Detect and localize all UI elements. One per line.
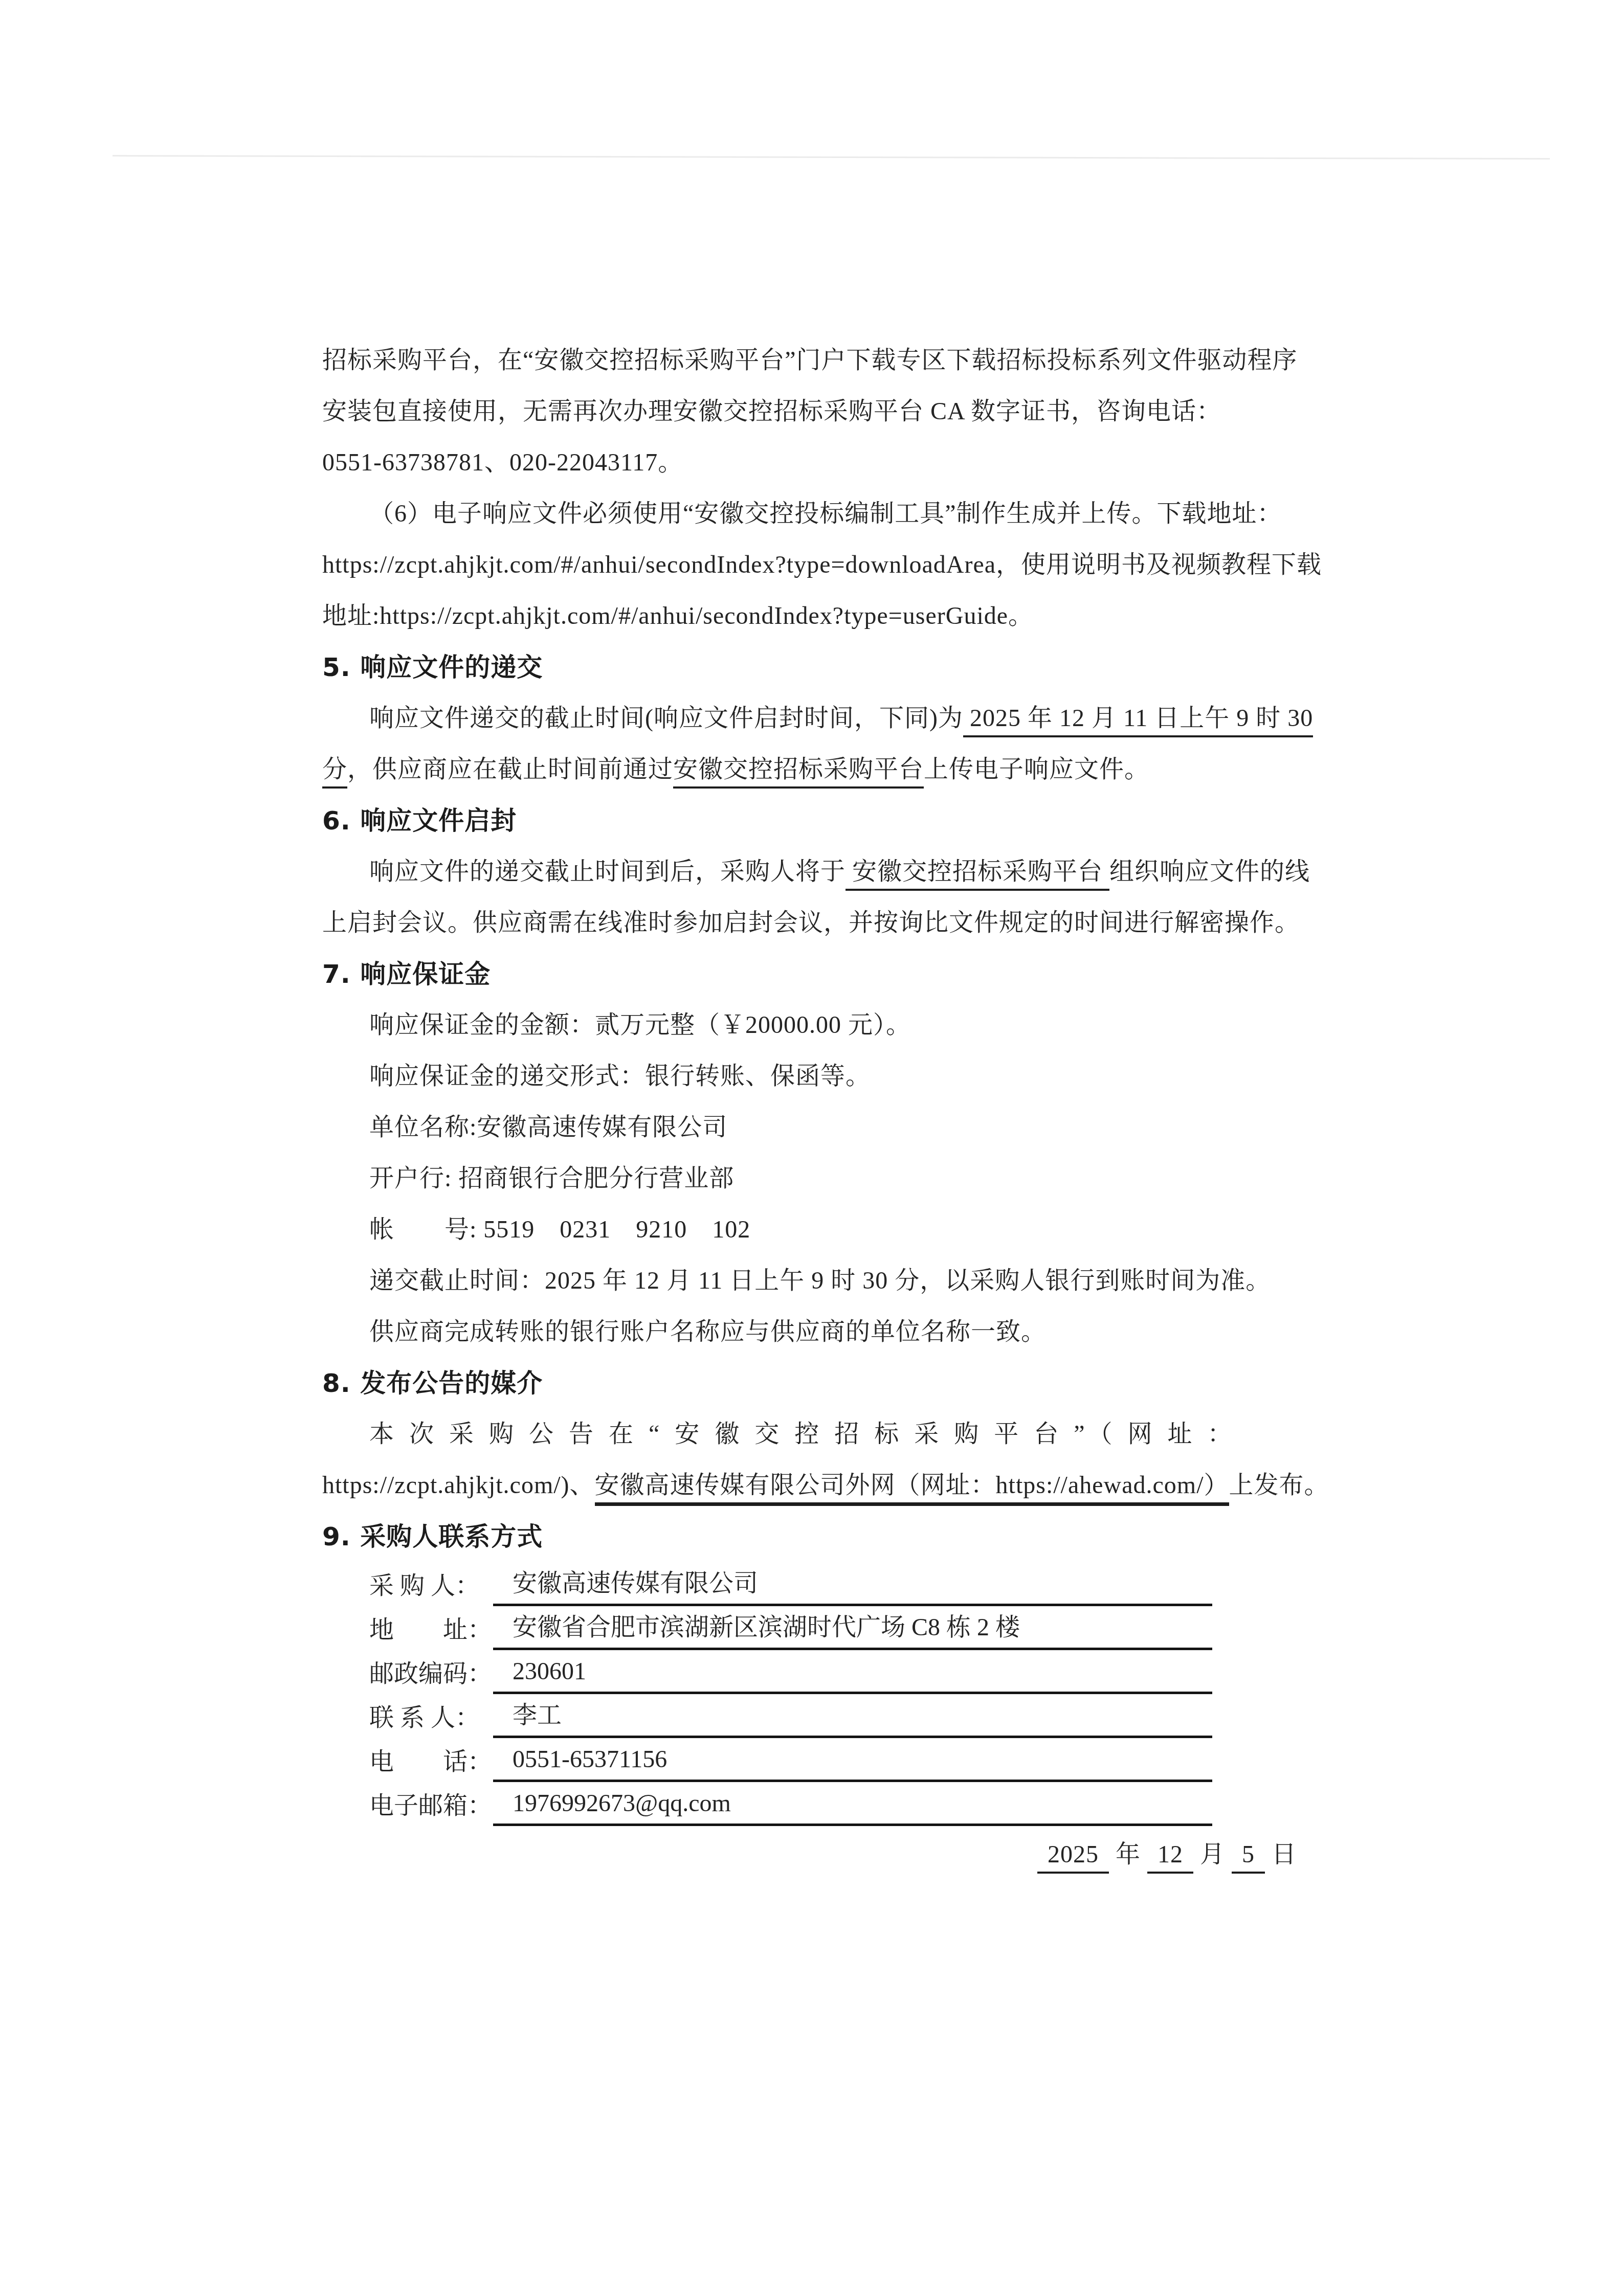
contact-row-postal-code: 邮政编码：230601 [322,1650,1302,1694]
scan-artifact-line [113,155,1550,160]
contact-row-address-value: 安徽省合肥市滨湖新区滨湖时代广场 C8 栋 2 楼 [493,1608,1212,1650]
underlined-text: 安徽交控招标采购平台 [673,756,924,789]
text-span: 6. 响应文件启封 [322,806,517,836]
contact-row-phone-label: 电 话： [369,1742,493,1782]
text-span: 9. 采购人联系方式 [322,1522,543,1551]
para5-continuation-line-3: 0551-63738781、020-22043117。 [322,437,1302,488]
underlined-text: 5 [1232,1841,1265,1874]
contact-row-email-label: 电子邮箱： [369,1786,493,1826]
para6-line-1: （6）电子响应文件必须使用“安徽交控投标编制工具”制作生成并上传。下载地址： [322,488,1302,539]
text-span: 上传电子响应文件。 [924,756,1149,783]
text-span: 月 [1193,1841,1232,1868]
text-span: 8. 发布公告的媒介 [322,1368,543,1398]
date-line: 2025 年 12 月 5 日 [322,1829,1302,1880]
text-span: 上发布。 [1229,1472,1329,1499]
account-match-note-line: 供应商完成转账的银行账户名称应与供应商的单位名称一致。 [322,1307,1302,1358]
contact-row-contact-person: 联 系 人：李工 [322,1694,1302,1738]
text-span: 响应文件的递交截止时间到后，采购人将于 [369,858,846,885]
underlined-text: 12 [1147,1841,1193,1874]
text-span: 开户行: 招商银行合肥分行营业部 [369,1165,734,1192]
para5-continuation-line-2: 安装包直接使用，无需再次办理安徽交控招标采购平台 CA 数字证书，咨询电话： [322,386,1302,437]
text-span: ，供应商应在截止时间前通过 [347,756,673,783]
contact-row-purchaser-value: 安徽高速传媒有限公司 [493,1564,1212,1606]
contact-row-purchaser-label: 采 购 人： [369,1566,493,1606]
deposit-amount-line: 响应保证金的金额：贰万元整（￥20000.00 元）。 [322,1000,1302,1051]
section5-line-2: 分，供应商应在截止时间前通过安徽交控招标采购平台上传电子响应文件。 [322,744,1302,795]
document-content: 招标采购平台，在“安徽交控招标采购平台”门户下载专区下载招标投标系列文件驱动程序… [322,335,1302,1880]
text-span: 日 [1265,1841,1297,1868]
deposit-form-line: 响应保证金的递交形式：银行转账、保函等。 [322,1051,1302,1102]
contact-row-postal-code-value: 230601 [493,1652,1212,1694]
text-span: https://zcpt.ahjkjt.com/)、 [322,1472,595,1499]
section-heading-9: 9. 采购人联系方式 [322,1511,1302,1562]
underlined-text: 2025 年 12 月 11 日上午 9 时 30 [963,705,1313,737]
text-span: （6）电子响应文件必须使用“安徽交控投标编制工具”制作生成并上传。下载地址： [369,500,1282,527]
text-span: 供应商完成转账的银行账户名称应与供应商的单位名称一致。 [369,1318,1046,1345]
contact-row-purchaser: 采 购 人：安徽高速传媒有限公司 [322,1562,1302,1606]
text-span: 组织响应文件的线 [1109,858,1310,885]
contact-row-phone: 电 话：0551-65371156 [322,1738,1302,1782]
contact-row-postal-code-label: 邮政编码： [369,1654,493,1694]
text-span: 上启封会议。供应商需在线准时参加启封会议，并按询比文件规定的时间进行解密操作。 [322,909,1300,936]
section6-line-1: 响应文件的递交截止时间到后，采购人将于 安徽交控招标采购平台 组织响应文件的线 [322,846,1302,897]
text-span: 0551-63738781、020-22043117。 [322,449,683,476]
text-span: 响应文件递交的截止时间(响应文件启封时间，下同)为 [369,705,963,732]
section-heading-7: 7. 响应保证金 [322,949,1302,1000]
section-heading-8: 8. 发布公告的媒介 [322,1358,1302,1409]
contact-row-address-label: 地 址： [369,1610,493,1650]
section6-line-2: 上启封会议。供应商需在线准时参加启封会议，并按询比文件规定的时间进行解密操作。 [322,897,1302,949]
underlined-text: 分 [322,756,347,789]
contact-row-email: 电子邮箱：1976992673@qq.com [322,1782,1302,1826]
text-span: 安装包直接使用，无需再次办理安徽交控招标采购平台 CA 数字证书，咨询电话： [322,398,1221,425]
text-span: 单位名称:安徽高速传媒有限公司 [369,1114,727,1141]
unit-name-line: 单位名称:安徽高速传媒有限公司 [322,1102,1302,1153]
text-span: 帐 号: 5519 0231 9210 102 [369,1216,750,1243]
text-span: 地址:https://zcpt.ahjkjt.com/#/anhui/secon… [322,602,1033,629]
para6-line-3: 地址:https://zcpt.ahjkjt.com/#/anhui/secon… [322,591,1302,642]
underlined-text: 安徽交控招标采购平台 [846,858,1109,891]
bank-name-line: 开户行: 招商银行合肥分行营业部 [322,1153,1302,1204]
text-span: 本次采购公告在“安徽交控招标采购平台”（网址： [369,1421,1248,1448]
section-heading-6: 6. 响应文件启封 [322,795,1302,846]
underlined-text: 安徽高速传媒有限公司外网（网址：https://ahewad.com/） [595,1472,1229,1506]
para6-line-2: https://zcpt.ahjkjt.com/#/anhui/secondIn… [322,539,1302,591]
text-span: 响应保证金的金额：贰万元整（￥20000.00 元）。 [369,1011,911,1039]
section5-line-1: 响应文件递交的截止时间(响应文件启封时间，下同)为 2025 年 12 月 11… [322,693,1302,744]
contact-row-email-value: 1976992673@qq.com [493,1784,1212,1826]
text-span: 5. 响应文件的递交 [322,652,543,682]
underlined-text: 2025 [1037,1841,1109,1874]
section-heading-5: 5. 响应文件的递交 [322,642,1302,693]
deposit-deadline-line: 递交截止时间：2025 年 12 月 11 日上午 9 时 30 分，以采购人银… [322,1255,1302,1307]
text-span: 7. 响应保证金 [322,959,491,989]
media-line-1: 本次采购公告在“安徽交控招标采购平台”（网址： [322,1409,1302,1460]
contact-row-address: 地 址：安徽省合肥市滨湖新区滨湖时代广场 C8 栋 2 楼 [322,1606,1302,1650]
text-span: 年 [1109,1841,1147,1868]
text-span: 递交截止时间：2025 年 12 月 11 日上午 9 时 30 分，以采购人银… [369,1267,1271,1294]
account-number-line: 帐 号: 5519 0231 9210 102 [322,1204,1302,1255]
para5-continuation-line-1: 招标采购平台，在“安徽交控招标采购平台”门户下载专区下载招标投标系列文件驱动程序 [322,335,1302,386]
text-span: https://zcpt.ahjkjt.com/#/anhui/secondIn… [322,551,1322,578]
text-span: 招标采购平台，在“安徽交控招标采购平台”门户下载专区下载招标投标系列文件驱动程序 [322,347,1298,374]
contact-row-contact-person-label: 联 系 人： [369,1698,493,1738]
media-line-2: https://zcpt.ahjkjt.com/)、安徽高速传媒有限公司外网（网… [322,1460,1302,1511]
document-page: 招标采购平台，在“安徽交控招标采购平台”门户下载专区下载招标投标系列文件驱动程序… [0,0,1624,2296]
contact-row-contact-person-value: 李工 [493,1696,1212,1738]
contact-row-phone-value: 0551-65371156 [493,1740,1212,1782]
text-span: 响应保证金的递交形式：银行转账、保函等。 [369,1063,871,1090]
